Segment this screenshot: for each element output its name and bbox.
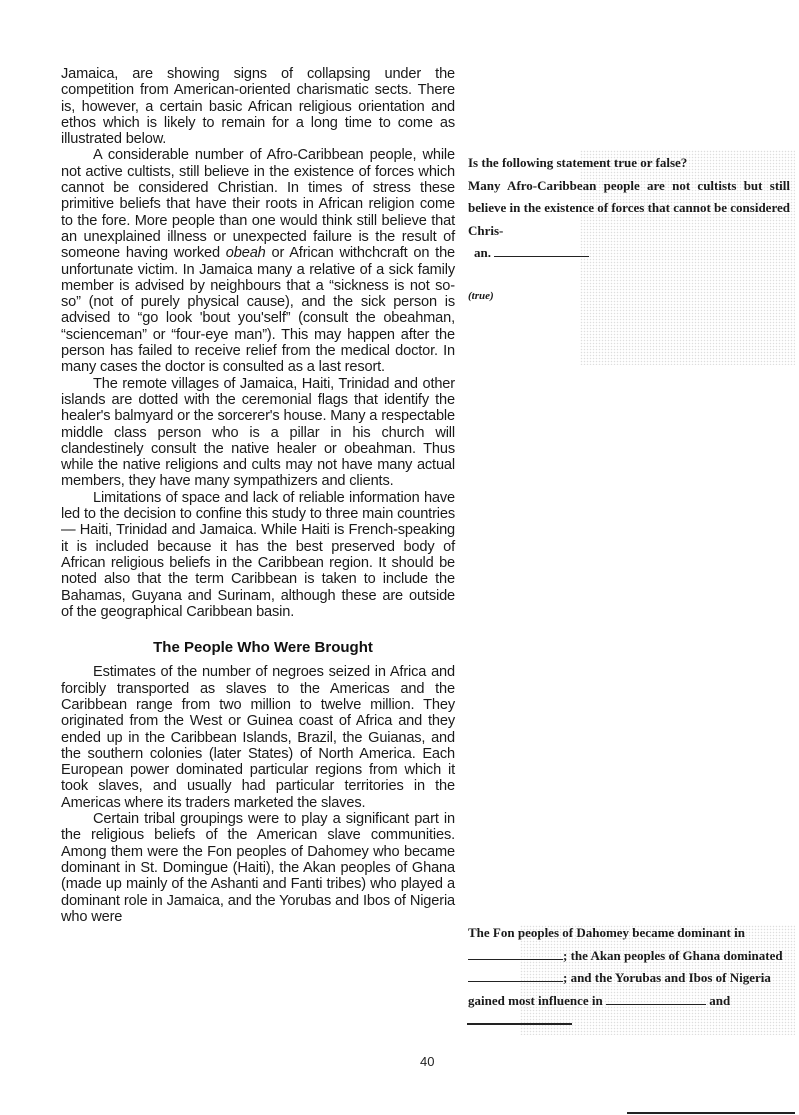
italic-term-obeah: obeah xyxy=(226,245,266,261)
answer-blank-3[interactable] xyxy=(468,971,563,982)
question-1-statement: Many Afro-Caribbean people are not culti… xyxy=(468,175,790,243)
answer-blank-5[interactable] xyxy=(467,1023,572,1025)
question-2-line-2: ; the Akan peoples of Ghana dominated xyxy=(468,945,790,968)
question-1-prompt: Is the following statement true or false… xyxy=(468,152,790,175)
paragraph-3: The remote villages of Jamaica, Haiti, T… xyxy=(61,376,455,490)
margin-question-1: Is the following statement true or false… xyxy=(468,152,790,307)
answer-blank-1[interactable] xyxy=(494,246,589,257)
section-heading: The People Who Were Brought xyxy=(61,640,455,656)
paragraph-4: Limitations of space and lack of reliabl… xyxy=(61,490,455,620)
main-text-column: Jamaica, are showing signs of collapsing… xyxy=(61,66,455,925)
margin-question-2: The Fon peoples of Dahomey became domina… xyxy=(468,922,790,1012)
answer-blank-2[interactable] xyxy=(468,949,563,960)
question-2-line-3: ; and the Yorubas and Ibos of Nigeria xyxy=(468,967,790,990)
page-number: 40 xyxy=(420,1054,434,1069)
question-2-line-1: The Fon peoples of Dahomey became domina… xyxy=(468,922,790,945)
question-1-answer: (true) xyxy=(468,285,790,308)
section-paragraph-2: Certain tribal groupings were to play a … xyxy=(61,811,455,925)
bottom-rule xyxy=(627,1112,795,1114)
answer-blank-4[interactable] xyxy=(606,994,706,1005)
question-2-line-4: gained most influence in and xyxy=(468,990,790,1013)
section-paragraph-1: Estimates of the number of negroes seize… xyxy=(61,664,455,811)
question-1-statement-end: an. xyxy=(468,242,790,265)
paragraph-1: Jamaica, are showing signs of collapsing… xyxy=(61,66,455,147)
document-page: Jamaica, are showing signs of collapsing… xyxy=(0,0,799,1115)
paragraph-2: A considerable number of Afro-Caribbean … xyxy=(61,147,455,375)
